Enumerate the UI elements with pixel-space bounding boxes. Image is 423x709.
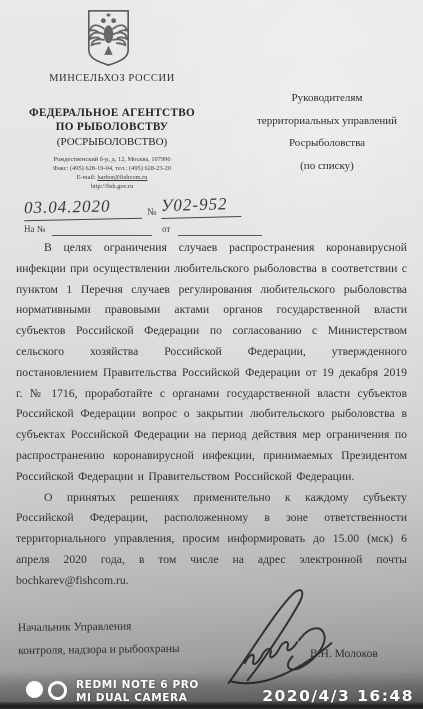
addressee-line2: территориальных управлений bbox=[236, 110, 418, 133]
agency-name-line2: ПО РЫБОЛОВСТВУ bbox=[8, 121, 216, 135]
shutter-ring-circle-icon bbox=[48, 681, 67, 700]
signer-name: В.Н. Молоков bbox=[310, 648, 378, 660]
handwritten-doc-number: У02-952 bbox=[161, 194, 242, 219]
email-label: E-mail: bbox=[77, 174, 96, 181]
website-line: http://fish.gov.ru bbox=[8, 182, 216, 191]
shutter-filled-circle-icon bbox=[26, 681, 43, 698]
reply-date-blank-line bbox=[178, 224, 262, 236]
address-line: Рождественский б-р, д. 12, Москва, 10799… bbox=[8, 155, 216, 164]
camera-model-line1: REDMI NOTE 6 PRO bbox=[76, 679, 199, 692]
phone-fax-line: Факс: (495) 628-19-04, тел.: (495) 628-2… bbox=[8, 164, 216, 173]
addressee-line3: Росрыболовства bbox=[236, 132, 418, 155]
body-paragraph-1: В целях ограничения случаев распростране… bbox=[16, 238, 407, 488]
agency-address-block: Рождественский б-р, д. 12, Москва, 10799… bbox=[8, 155, 216, 191]
camera-watermark: REDMI NOTE 6 PRO MI DUAL CAMERA bbox=[76, 679, 199, 704]
coat-of-arms-icon bbox=[85, 9, 132, 72]
ministry-name: МИНСЕЛЬХОЗ РОССИИ bbox=[12, 73, 212, 84]
signer-position-line2: контроля, надзора и рыбоохраны bbox=[18, 637, 180, 662]
email-address: harbor@fishcom.ru bbox=[97, 174, 147, 181]
handwritten-date: 03.04.2020 bbox=[24, 196, 142, 221]
number-sign: № bbox=[147, 207, 157, 218]
photo-timestamp: 2020/4/3 16:48 bbox=[262, 687, 414, 705]
reply-from-label: от bbox=[162, 224, 170, 234]
agency-name-line1: ФЕДЕРАЛЬНОЕ АГЕНТСТВО bbox=[8, 107, 216, 121]
signer-position: Начальник Управления контроля, надзора и… bbox=[18, 615, 180, 662]
email-line: E-mail: harbor@fishcom.ru bbox=[8, 173, 216, 182]
agency-short-name: (РОСРЫБОЛОВСТВО) bbox=[8, 135, 216, 149]
signer-position-line1: Начальник Управления bbox=[18, 615, 180, 640]
document-photo: МИНСЕЛЬХОЗ РОССИИ ФЕДЕРАЛЬНОЕ АГЕНТСТВО … bbox=[0, 0, 423, 709]
letter-body: В целях ограничения случаев распростране… bbox=[16, 238, 407, 592]
addressee-line1: Руководителям bbox=[236, 87, 418, 110]
addressee-line4: (по списку) bbox=[236, 155, 418, 178]
body-paragraph-2: О принятых решениях применительно к кажд… bbox=[16, 488, 407, 592]
camera-model-line2: MI DUAL CAMERA bbox=[76, 692, 199, 705]
reply-number-label: На № bbox=[24, 224, 45, 234]
addressee-block: Руководителям территориальных управлений… bbox=[236, 87, 418, 177]
reply-number-blank-line bbox=[52, 224, 152, 236]
agency-name-block: ФЕДЕРАЛЬНОЕ АГЕНТСТВО ПО РЫБОЛОВСТВУ (РО… bbox=[8, 107, 216, 149]
